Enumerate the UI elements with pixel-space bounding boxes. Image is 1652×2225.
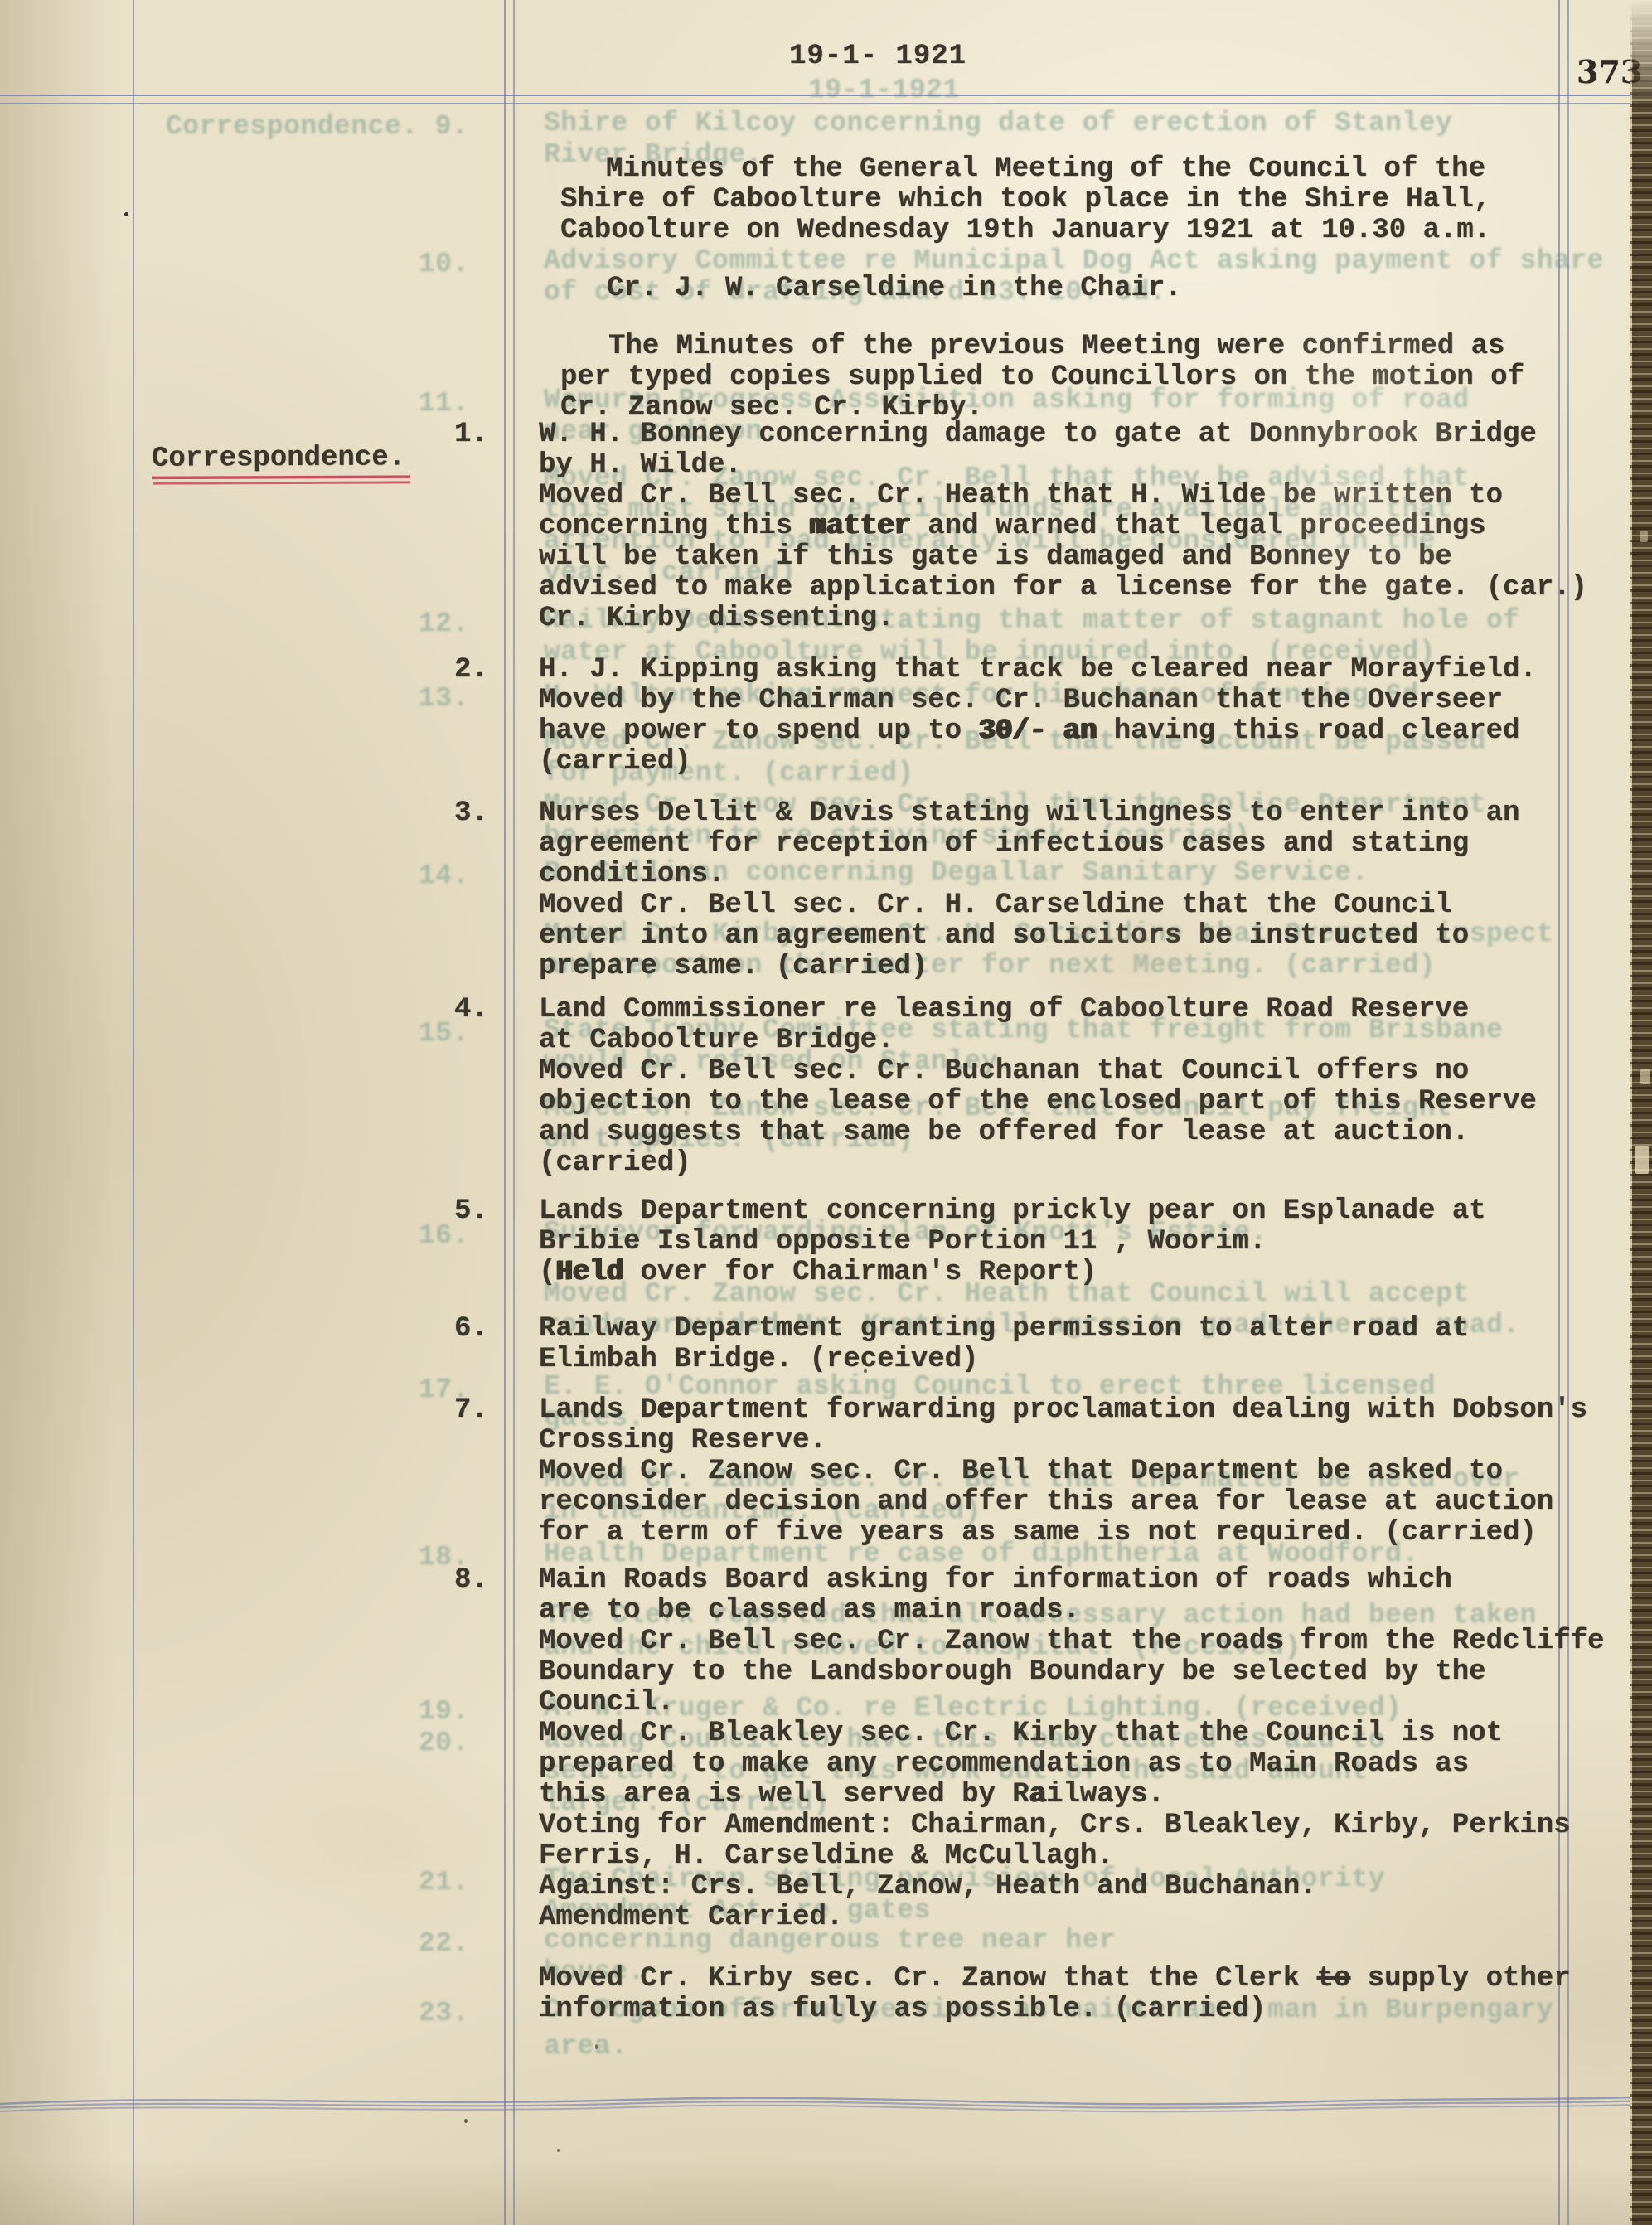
chairman-line: Cr. J. W. Carseldine in the Chair. (607, 274, 1601, 304)
ink-speck (557, 2149, 560, 2152)
confirmation-paragraph: The Minutes of the previous Meeting were… (560, 332, 1613, 424)
item-text: Lands Department concerning prickly pear… (539, 1196, 1625, 1288)
item-number: 7. (454, 1395, 488, 1426)
bleedthrough-text: 20. (419, 1728, 469, 1758)
item-number: 4. (454, 995, 488, 1025)
bleedthrough-text: 22. (419, 1928, 469, 1959)
ink-speck (595, 2044, 598, 2049)
bleedthrough-text: 13. (419, 683, 469, 714)
binding-fleck (1635, 1146, 1649, 1174)
bleedthrough-text: 19. (419, 1696, 469, 1727)
item-number: 1. (454, 419, 488, 450)
ink-speck (864, 1369, 867, 1373)
bleedthrough-text: 12. (419, 608, 469, 639)
item-number: 2. (454, 655, 488, 686)
item-text: Main Roads Board asking for information … (539, 1565, 1625, 2025)
ledger-page: 19-1-1921Correspondence. 9.Shire of Kilc… (0, 0, 1652, 2225)
item-number: 6. (454, 1314, 488, 1345)
section-label: Correspondence. (152, 443, 410, 484)
bleedthrough-text: 14. (419, 860, 469, 891)
item-text: Railway Department granting permission t… (539, 1314, 1625, 1375)
section-label-wrap: Correspondence. (152, 413, 410, 484)
middle-vertical-rule (504, 0, 515, 2225)
item-text: Lands Department forwarding proclamation… (539, 1395, 1625, 1549)
top-horizontal-rule (0, 95, 1652, 104)
binding-fleck (1640, 531, 1648, 542)
item-text: Nurses Dellit & Davis stating willingnes… (539, 798, 1625, 982)
bleedthrough-text: 10. (419, 249, 469, 279)
binding-edge (1630, 0, 1652, 2225)
opening-paragraph: Minutes of the General Meeting of the Co… (560, 154, 1613, 246)
item-text: H. J. Kipping asking that track be clear… (539, 655, 1625, 778)
date-header: 19-1- 1921 (789, 41, 966, 72)
binding-fleck (1640, 1069, 1650, 1084)
bottom-horizontal-rule (0, 2082, 1652, 2121)
ink-speck (124, 212, 128, 216)
item-text: W. H. Bonney concerning damage to gate a… (539, 419, 1625, 634)
bleedthrough-text: Shire of Kilcoy concerning date of erect… (544, 108, 1452, 138)
bleedthrough-text: 23. (419, 1998, 469, 2029)
ink-speck (464, 2119, 468, 2123)
bleedthrough-text: area. (544, 2031, 628, 2062)
item-number: 3. (454, 798, 488, 829)
bleedthrough-text: 21. (419, 1867, 469, 1898)
item-number: 5. (454, 1196, 488, 1227)
bleedthrough-text: Correspondence. 9. (166, 111, 468, 142)
item-text: Land Commissioner re leasing of Cabooltu… (539, 995, 1625, 1179)
bleedthrough-text: Advisory Committee re Municipal Dog Act … (544, 245, 1604, 276)
left-vertical-rule (133, 0, 134, 2225)
item-number: 8. (454, 1565, 488, 1596)
bleedthrough-text: 11. (419, 388, 469, 419)
